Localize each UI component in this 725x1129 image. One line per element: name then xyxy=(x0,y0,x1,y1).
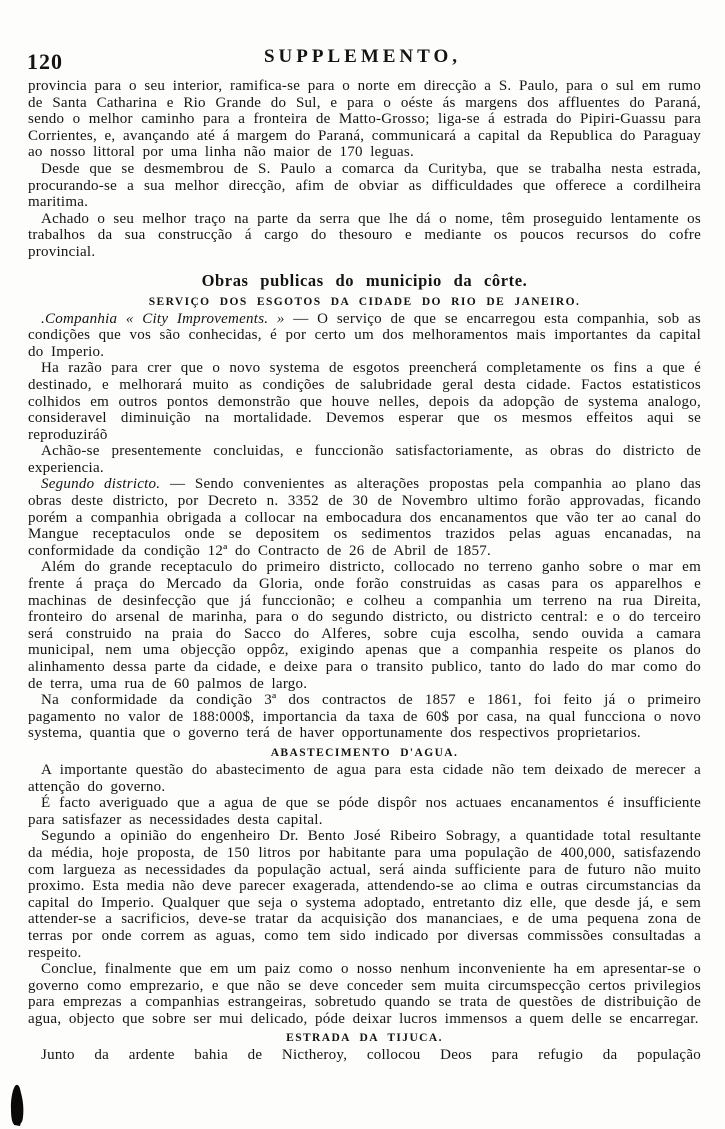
subsection-heading: SERVIÇO DOS ESGOTOS DA CIDADE DO RIO DE … xyxy=(28,296,701,308)
paragraph: Segundo a opinião do engenheiro Dr. Bent… xyxy=(28,828,701,961)
page-body: provincia para o seu interior, ramifica-… xyxy=(28,78,701,1064)
paragraph: .Companhia « City Improvements. » — O se… xyxy=(28,311,701,361)
paragraph: Junto da ardente bahia de Nictheroy, col… xyxy=(28,1047,701,1064)
paragraph: Além do grande receptaculo do primeiro d… xyxy=(28,559,701,692)
document-page: 120 SUPPLEMENTO, provincia para o seu in… xyxy=(0,0,725,1129)
page-header: 120 SUPPLEMENTO, xyxy=(0,46,725,78)
paragraph: Segundo districto. — Sendo convenientes … xyxy=(28,476,701,559)
paragraph: Achão-se presentemente concluidas, e fun… xyxy=(28,443,701,476)
section-heading: Obras publicas do municipio da côrte. xyxy=(28,271,701,291)
subsection-heading: ABASTECIMENTO D'AGUA. xyxy=(28,747,701,759)
paragraph-italic-lead: .Companhia « City Improvements. » xyxy=(41,311,285,327)
paragraph: É facto averiguado que a agua de que se … xyxy=(28,795,701,828)
paragraph: Na conformidade da condição 3ª dos contr… xyxy=(28,692,701,742)
paragraph: Desde que se desmembrou de S. Paulo a co… xyxy=(28,161,701,211)
paragraph: Ha razão para crer que o novo systema de… xyxy=(28,360,701,443)
paragraph: provincia para o seu interior, ramifica-… xyxy=(28,78,701,161)
paragraph: Conclue, finalmente que em um paiz como … xyxy=(28,961,701,1027)
page-title: SUPPLEMENTO, xyxy=(0,46,725,68)
page-number: 120 xyxy=(27,49,63,75)
subsection-heading: ESTRADA DA TIJUCA. xyxy=(28,1032,701,1044)
paragraph-italic-lead: Segundo districto. xyxy=(41,476,160,492)
paragraph: A importante questão do abastecimento de… xyxy=(28,762,701,795)
paragraph: Achado o seu melhor traço na parte da se… xyxy=(28,211,701,261)
ink-blot xyxy=(8,1084,28,1128)
